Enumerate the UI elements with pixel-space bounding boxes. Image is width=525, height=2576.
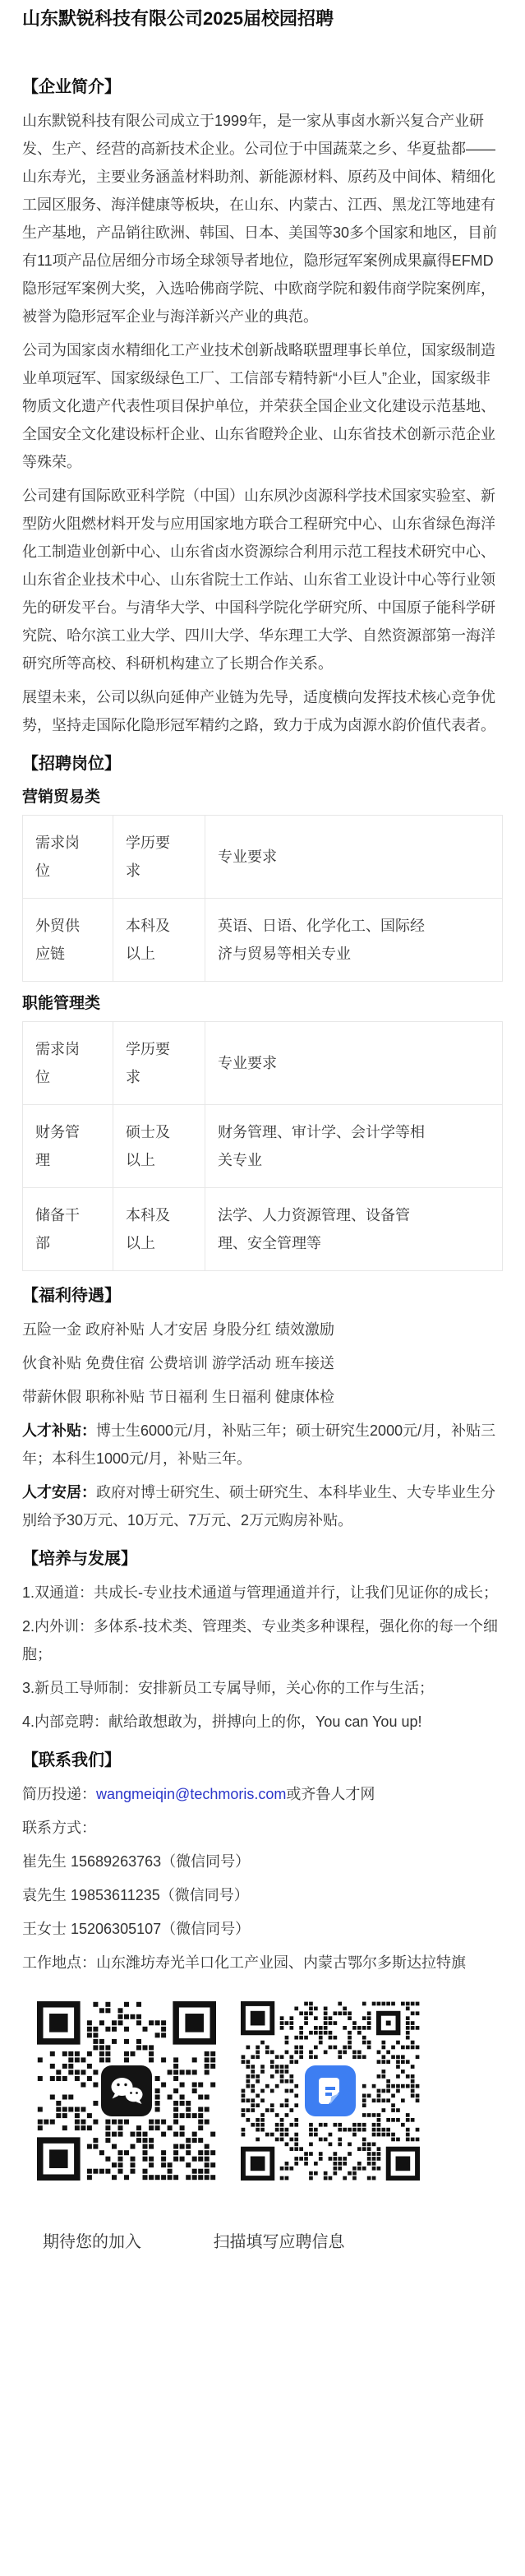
talent-housing-label: 人才安居： bbox=[22, 1484, 96, 1501]
resume-label: 简历投递： bbox=[22, 1786, 96, 1802]
docs-icon bbox=[305, 2065, 356, 2116]
table-cell-degree: 本科及以上 bbox=[113, 1188, 205, 1271]
table-cell-major: 法学、人力资源管理、设备管理、安全管理等 bbox=[205, 1188, 503, 1271]
table-header-cell: 学历要求 bbox=[113, 1022, 205, 1105]
table-header-cell: 专业要求 bbox=[205, 816, 503, 899]
table-header-row: 需求岗位 学历要求 专业要求 bbox=[23, 1022, 503, 1105]
benefit-line: 五险一金 政府补贴 人才安居 身股分红 绩效激励 bbox=[22, 1316, 503, 1343]
table-header-cell: 专业要求 bbox=[205, 1022, 503, 1105]
contact-label: 联系方式： bbox=[22, 1814, 503, 1842]
wechat-icon bbox=[101, 2065, 152, 2116]
development-item: 2.内外训：多体系-技术类、管理类、专业类多种课程，强化你的每一个细胞； bbox=[22, 1612, 503, 1668]
table-cell-major: 英语、日语、化学化工、国际经济与贸易等相关专业 bbox=[205, 899, 503, 982]
group-label-management: 职能管理类 bbox=[22, 993, 503, 1015]
company-paragraph: 山东默锐科技有限公司成立于1999年，是一家从事卤水新兴复合产业研发、生产、经营… bbox=[22, 107, 503, 331]
table-cell-position: 储备干部 bbox=[23, 1188, 113, 1271]
table-row: 外贸供应链 本科及以上 英语、日语、化学化工、国际经济与贸易等相关专业 bbox=[23, 899, 503, 982]
phone-line: 袁先生 19853611235（微信同号） bbox=[22, 1881, 503, 1909]
development-item: 4.内部竞聘：献给敢想敢为，拼搏向上的你，You can You up! bbox=[22, 1708, 503, 1736]
qr-caption-row: 期待您的加入 扫描填写应聘信息 bbox=[22, 2231, 503, 2253]
phone-line: 崔先生 15689263763（微信同号） bbox=[22, 1848, 503, 1875]
table-cell-degree: 硕士及以上 bbox=[113, 1105, 205, 1188]
benefit-line: 带薪休假 职称补贴 节日福利 生日福利 健康体检 bbox=[22, 1383, 503, 1411]
email-link[interactable]: wangmeiqin@techmoris.com bbox=[96, 1786, 286, 1802]
table-cell-degree: 本科及以上 bbox=[113, 899, 205, 982]
table-header-row: 需求岗位 学历要求 专业要求 bbox=[23, 816, 503, 899]
table-header-cell: 需求岗位 bbox=[23, 1022, 113, 1105]
talent-subsidy-paragraph: 人才补贴：博士生6000元/月，补贴三年；硕士研究生2000元/月，补贴三年；本… bbox=[22, 1417, 503, 1473]
page-title: 山东默锐科技有限公司2025届校园招聘 bbox=[22, 7, 503, 31]
positions-table-management: 需求岗位 学历要求 专业要求 财务管理 硕士及以上 财务管理、审计学、会计学等相… bbox=[22, 1021, 503, 1271]
address-line: 工作地点：山东潍坊寿光羊口化工产业园、内蒙古鄂尔多斯达拉特旗 bbox=[22, 1949, 503, 1977]
table-cell-position: 财务管理 bbox=[23, 1105, 113, 1188]
group-label-marketing: 营销贸易类 bbox=[22, 787, 503, 808]
section-heading-benefits: 【福利待遇】 bbox=[22, 1284, 503, 1307]
table-row: 财务管理 硕士及以上 财务管理、审计学、会计学等相关专业 bbox=[23, 1105, 503, 1188]
qr-caption-right: 扫描填写应聘信息 bbox=[214, 2231, 345, 2253]
wechat-qr-code bbox=[37, 2001, 216, 2181]
phone-line: 王女士 15206305107（微信同号） bbox=[22, 1915, 503, 1943]
table-row: 储备干部 本科及以上 法学、人力资源管理、设备管理、安全管理等 bbox=[23, 1188, 503, 1271]
section-heading-positions: 【招聘岗位】 bbox=[22, 752, 503, 775]
section-heading-development: 【培养与发展】 bbox=[22, 1547, 503, 1570]
talent-housing-paragraph: 人才安居：政府对博士研究生、硕士研究生、本科毕业生、大专毕业生分别给予30万元、… bbox=[22, 1478, 503, 1534]
resume-line: 简历投递：wangmeiqin@techmoris.com或齐鲁人才网 bbox=[22, 1780, 503, 1808]
table-header-cell: 学历要求 bbox=[113, 816, 205, 899]
benefit-line: 伙食补贴 免费住宿 公费培训 游学活动 班车接送 bbox=[22, 1349, 503, 1377]
company-paragraph: 展望未来，公司以纵向延伸产业链为先导，适度横向发挥技术核心竞争优势，坚持走国际化… bbox=[22, 683, 503, 739]
table-cell-position: 外贸供应链 bbox=[23, 899, 113, 982]
company-paragraph: 公司建有国际欧亚科学院（中国）山东夙沙卤源科学技术国家实验室、新型防火阻燃材料开… bbox=[22, 482, 503, 678]
development-item: 1.双通道：共成长-专业技术通道与管理通道并行，让我们见证你的成长； bbox=[22, 1579, 503, 1607]
talent-subsidy-label: 人才补贴： bbox=[22, 1422, 96, 1439]
qr-code-row bbox=[37, 2001, 503, 2181]
qr-caption-left: 期待您的加入 bbox=[43, 2231, 141, 2253]
section-heading-company: 【企业简介】 bbox=[22, 76, 503, 99]
resume-suffix: 或齐鲁人才网 bbox=[286, 1786, 375, 1802]
positions-table-marketing: 需求岗位 学历要求 专业要求 外贸供应链 本科及以上 英语、日语、化学化工、国际… bbox=[22, 815, 503, 982]
table-header-cell: 需求岗位 bbox=[23, 816, 113, 899]
development-item: 3.新员工导师制：安排新员工专属导师，关心你的工作与生活； bbox=[22, 1674, 503, 1702]
section-heading-contact: 【联系我们】 bbox=[22, 1749, 503, 1772]
table-cell-major: 财务管理、审计学、会计学等相关专业 bbox=[205, 1105, 503, 1188]
company-paragraph: 公司为国家卤水精细化工产业技术创新战略联盟理事长单位，国家级制造业单项冠军、国家… bbox=[22, 336, 503, 476]
application-form-qr-code bbox=[241, 2001, 420, 2181]
